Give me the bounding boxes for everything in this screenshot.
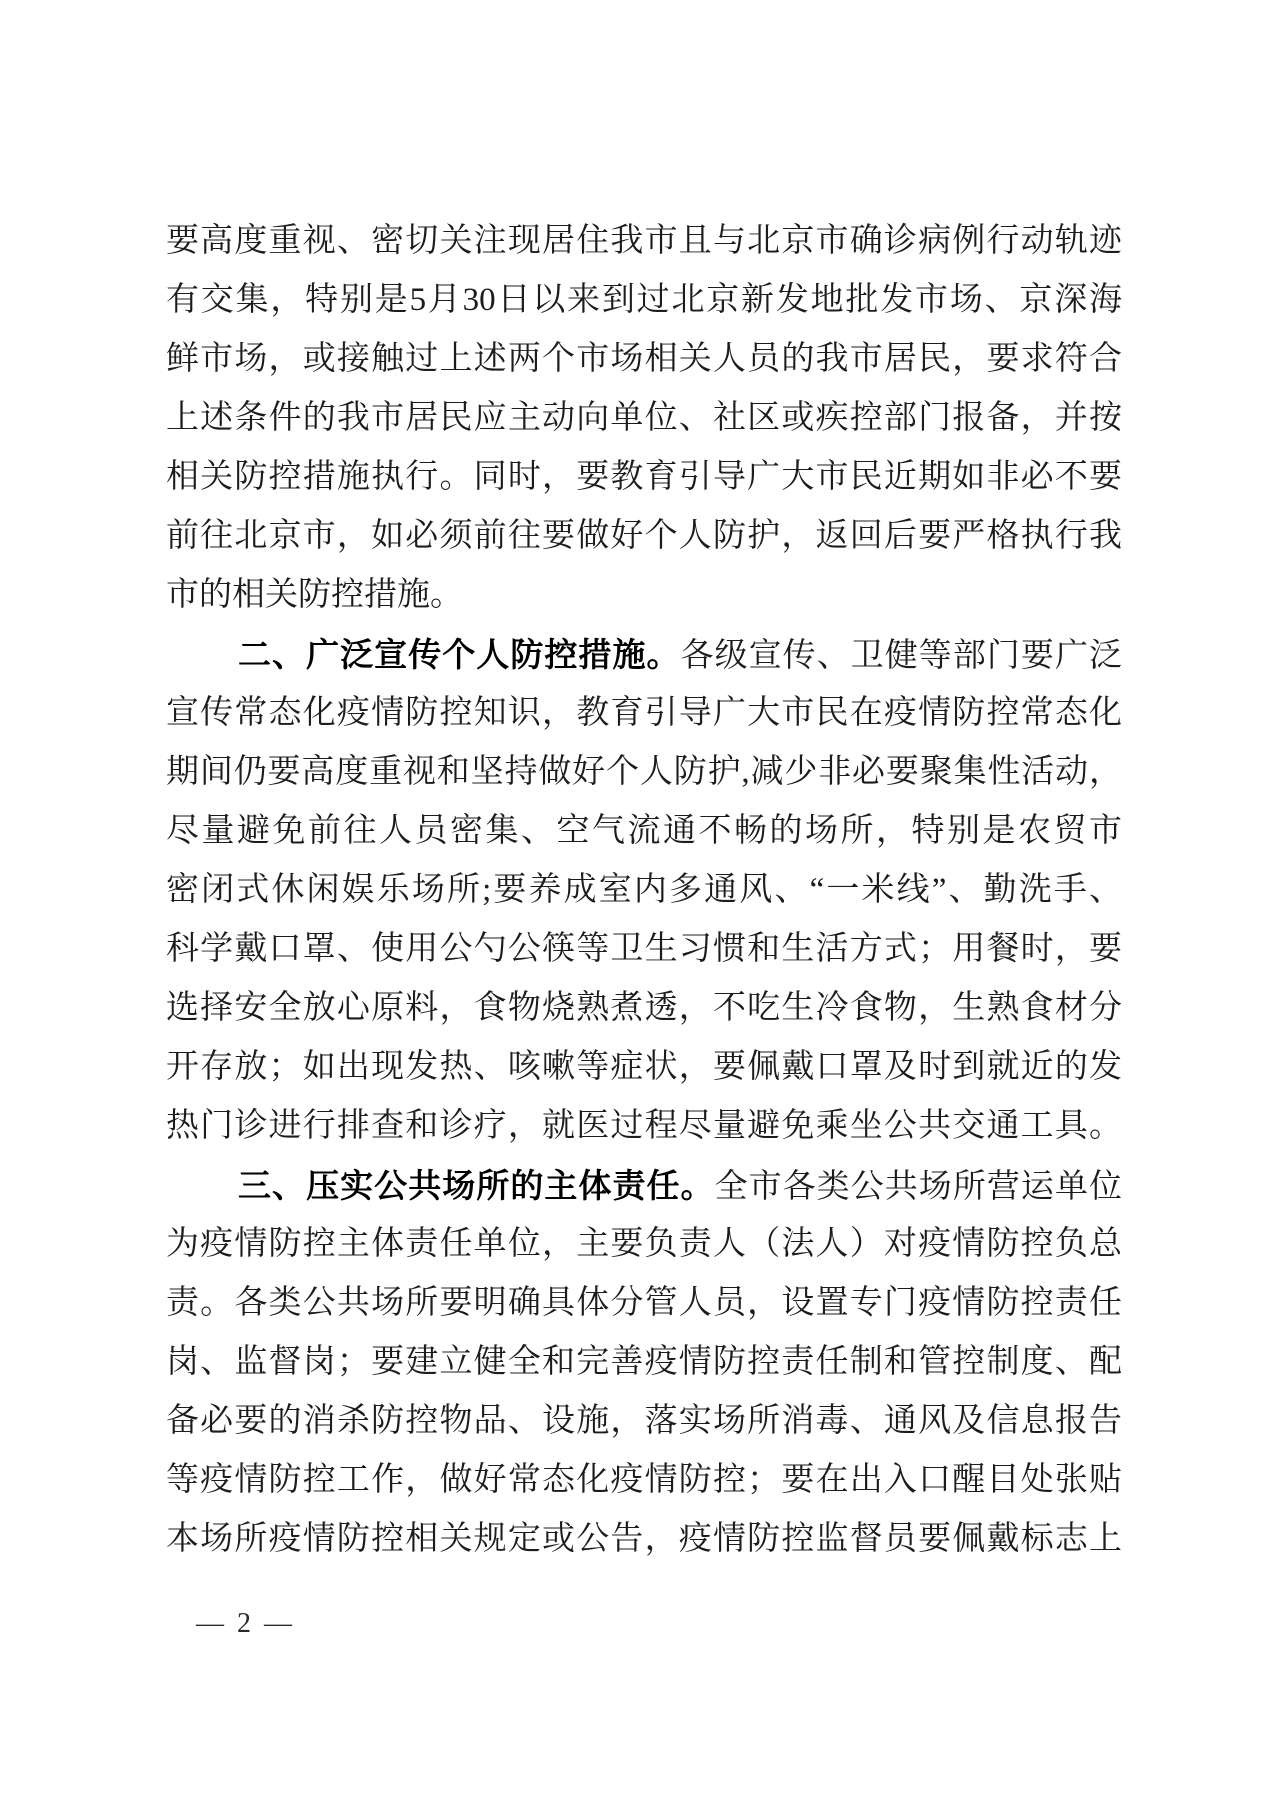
text-line: 热门诊进行排查和诊疗，就医过程尽量避免乘坐公共交通工具。: [166, 1097, 1122, 1156]
text-segment: 鲜市场，或接触过上述两个市场相关人员的我市居民，要求符合: [166, 341, 1122, 377]
text-segment: 选择安全放心原料，食物烧熟煮透，不吃生冷食物，生熟食材分: [166, 990, 1122, 1026]
bold-heading: 三、压实公共场所的主体责任。: [238, 1167, 715, 1204]
text-line: 三、压实公共场所的主体责任。全市各类公共场所营运单位: [166, 1156, 1122, 1215]
document-body: 要高度重视、密切关注现居住我市且与北京市确诊病例行动轨迹有交集，特别是5月30日…: [166, 212, 1122, 1569]
page-number: — 2 —: [196, 1608, 295, 1640]
text-line: 备必要的消杀防控物品、设施，落实场所消毒、通风及信息报告: [166, 1392, 1122, 1451]
text-segment: 市的相关防控措施。: [166, 577, 463, 613]
text-line: 宣传常态化疫情防控知识，教育引导广大市民在疫情防控常态化: [166, 684, 1122, 743]
text-segment: 各级宣传、卫健等部门要广泛: [681, 638, 1122, 674]
text-segment: 前往北京市，如必须前往要做好个人防护，返回后要严格执行我: [166, 518, 1122, 554]
text-segment: 有交集，特别是5月30日以来到过北京新发地批发市场、京深海: [166, 282, 1122, 318]
text-line: 科学戴口罩、使用公勺公筷等卫生习惯和生活方式；用餐时，要: [166, 920, 1122, 979]
text-line: 开存放；如出现发热、咳嗽等症状，要佩戴口罩及时到就近的发: [166, 1038, 1122, 1097]
text-line: 相关防控措施执行。同时，要教育引导广大市民近期如非必不要: [166, 448, 1122, 507]
text-line: 密闭式休闲娱乐场所;要养成室内多通风、“一米线”、勤洗手、: [166, 861, 1122, 920]
text-line: 市的相关防控措施。: [166, 566, 1122, 625]
text-line: 本场所疫情防控相关规定或公告，疫情防控监督员要佩戴标志上: [166, 1510, 1122, 1569]
text-segment: 相关防控措施执行。同时，要教育引导广大市民近期如非必不要: [166, 459, 1122, 495]
text-line: 鲜市场，或接触过上述两个市场相关人员的我市居民，要求符合: [166, 330, 1122, 389]
text-line: 岗、监督岗；要建立健全和完善疫情防控责任制和管控制度、配: [166, 1333, 1122, 1392]
text-segment: 本场所疫情防控相关规定或公告，疫情防控监督员要佩戴标志上: [166, 1521, 1122, 1557]
text-line: 期间仍要高度重视和坚持做好个人防护,减少非必要聚集性活动，: [166, 743, 1122, 802]
text-segment: 备必要的消杀防控物品、设施，落实场所消毒、通风及信息报告: [166, 1403, 1122, 1439]
text-line: 责。各类公共场所要明确具体分管人员，设置专门疫情防控责任: [166, 1274, 1122, 1333]
text-segment: 责。各类公共场所要明确具体分管人员，设置专门疫情防控责任: [166, 1285, 1122, 1321]
text-segment: 岗、监督岗；要建立健全和完善疫情防控责任制和管控制度、配: [166, 1344, 1122, 1380]
text-line: 上述条件的我市居民应主动向单位、社区或疾控部门报备，并按: [166, 389, 1122, 448]
text-segment: 全市各类公共场所营运单位: [715, 1169, 1122, 1205]
text-line: 为疫情防控主体责任单位，主要负责人（法人）对疫情防控负总: [166, 1215, 1122, 1274]
document-page: 要高度重视、密切关注现居住我市且与北京市确诊病例行动轨迹有交集，特别是5月30日…: [0, 0, 1280, 1810]
text-line: 二、广泛宣传个人防控措施。各级宣传、卫健等部门要广泛: [166, 625, 1122, 684]
text-segment: 密闭式休闲娱乐场所;要养成室内多通风、“一米线”、勤洗手、: [166, 872, 1122, 908]
text-segment: 上述条件的我市居民应主动向单位、社区或疾控部门报备，并按: [166, 400, 1122, 436]
text-segment: 为疫情防控主体责任单位，主要负责人（法人）对疫情防控负总: [166, 1226, 1122, 1262]
text-line: 要高度重视、密切关注现居住我市且与北京市确诊病例行动轨迹: [166, 212, 1122, 271]
bold-heading: 二、广泛宣传个人防控措施。: [238, 636, 681, 673]
text-segment: 期间仍要高度重视和坚持做好个人防护,减少非必要聚集性活动，: [166, 754, 1122, 790]
text-segment: 等疫情防控工作，做好常态化疫情防控；要在出入口醒目处张贴: [166, 1462, 1122, 1498]
text-line: 有交集，特别是5月30日以来到过北京新发地批发市场、京深海: [166, 271, 1122, 330]
text-segment: 尽量避免前往人员密集、空气流通不畅的场所，特别是农贸市场、: [166, 813, 1122, 861]
text-segment: 科学戴口罩、使用公勺公筷等卫生习惯和生活方式；用餐时，要: [166, 931, 1122, 967]
text-line: 等疫情防控工作，做好常态化疫情防控；要在出入口醒目处张贴: [166, 1451, 1122, 1510]
text-segment: 热门诊进行排查和诊疗，就医过程尽量避免乘坐公共交通工具。: [166, 1108, 1122, 1144]
text-segment: 要高度重视、密切关注现居住我市且与北京市确诊病例行动轨迹: [166, 223, 1122, 259]
text-segment: 开存放；如出现发热、咳嗽等症状，要佩戴口罩及时到就近的发: [166, 1049, 1122, 1085]
text-line: 前往北京市，如必须前往要做好个人防护，返回后要严格执行我: [166, 507, 1122, 566]
text-segment: 宣传常态化疫情防控知识，教育引导广大市民在疫情防控常态化: [166, 695, 1122, 731]
text-line: 选择安全放心原料，食物烧熟煮透，不吃生冷食物，生熟食材分: [166, 979, 1122, 1038]
text-line: 尽量避免前往人员密集、空气流通不畅的场所，特别是农贸市场、: [166, 802, 1122, 861]
